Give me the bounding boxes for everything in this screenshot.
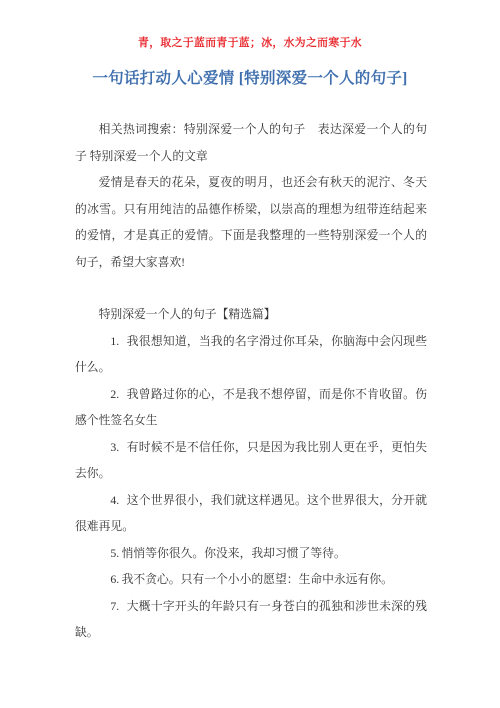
header-slogan: 青，取之于蓝而青于蓝；冰，水为之而寒于水 <box>0 0 500 50</box>
list-item: 5.悄悄等你很久。你没来，我却习惯了等待。 <box>75 540 427 567</box>
list-item-number: 1. <box>110 334 119 348</box>
list-item: 2.我曾路过你的心，不是我不想停留，而是你不肯收留。伤感个性签名女生 <box>75 381 427 434</box>
list-item-number: 4. <box>110 493 119 507</box>
document-body: 相关热词搜索：特别深爱一个人的句子 表达深爱一个人的句子 特别深爱一个人的文章 … <box>0 116 500 646</box>
list-item-text: 有时候不是不信任你，只是因为我比别人更在乎，更怕失去你。 <box>75 440 427 481</box>
list-item-text: 这个世界很小，我们就这样遇见。这个世界很大，分开就很难再见。 <box>75 493 427 534</box>
related-keywords-paragraph: 相关热词搜索：特别深爱一个人的句子 表达深爱一个人的句子 特别深爱一个人的文章 <box>75 116 427 169</box>
list-item-text: 我很想知道，当我的名字滑过你耳朵，你脑海中会闪现些什么。 <box>75 334 427 375</box>
list-item-text: 我不贪心。只有一个小小的愿望：生命中永远有你。 <box>122 572 393 586</box>
list-item-number: 3. <box>110 440 119 454</box>
list-item-number: 7. <box>110 599 119 613</box>
list-item-number: 2. <box>110 387 119 401</box>
list-item-number: 6. <box>110 572 119 586</box>
list-item: 7.大概十字开头的年龄只有一身苍白的孤独和涉世未深的残缺。 <box>75 593 427 646</box>
intro-paragraph: 爱情是春天的花朵，夏夜的明月，也还会有秋天的泥泞、冬天的冰雪。只有用纯洁的品德作… <box>75 169 427 275</box>
list-item-text: 大概十字开头的年龄只有一身苍白的孤独和涉世未深的残缺。 <box>75 599 427 640</box>
section-heading: 特别深爱一个人的句子【精选篇】 <box>75 301 427 328</box>
list-item-number: 5. <box>110 546 119 560</box>
list-item: 3.有时候不是不信任你，只是因为我比别人更在乎，更怕失去你。 <box>75 434 427 487</box>
list-item-text: 悄悄等你很久。你没来，我却习惯了等待。 <box>122 546 346 560</box>
list-item-text: 我曾路过你的心，不是我不想停留，而是你不肯收留。伤感个性签名女生 <box>75 387 427 428</box>
list-item: 1.我很想知道，当我的名字滑过你耳朵，你脑海中会闪现些什么。 <box>75 328 427 381</box>
list-item: 4.这个世界很小，我们就这样遇见。这个世界很大，分开就很难再见。 <box>75 487 427 540</box>
document-page: 青，取之于蓝而青于蓝；冰，水为之而寒于水 一句话打动人心爱情 [特别深爱一个人的… <box>0 0 500 708</box>
page-title: 一句话打动人心爱情 [特别深爱一个人的句子] <box>0 66 500 88</box>
list-item: 6.我不贪心。只有一个小小的愿望：生命中永远有你。 <box>75 566 427 593</box>
